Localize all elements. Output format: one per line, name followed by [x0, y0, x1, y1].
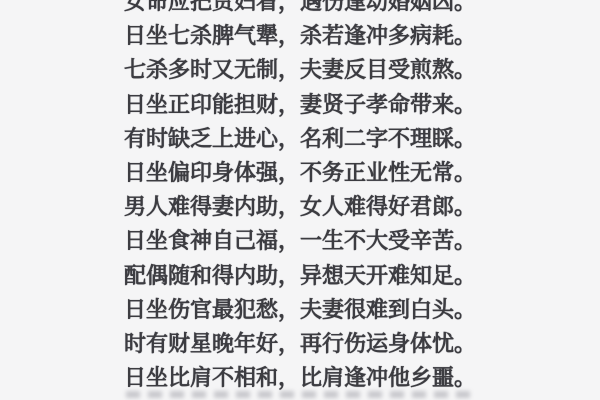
verse-line-4: 日坐正印能担财，妻贤子孝命带来。: [0, 88, 600, 122]
verse-line-5: 有时缺乏上进心，名利二字不理睬。: [0, 122, 600, 156]
text-image-page: 女命应把贵妇看，遇伤逢动婚姻凶。日坐七杀脾气犟，杀若逢冲多病耗。七杀多时又无制，…: [0, 0, 600, 400]
verse-block: 女命应把贵妇看，遇伤逢动婚姻凶。日坐七杀脾气犟，杀若逢冲多病耗。七杀多时又无制，…: [0, 0, 600, 395]
verse-line-10: 日坐伤官最犯愁，夫妻很难到白头。: [0, 293, 600, 327]
verse-line-9: 配偶随和得内助，异想天开难知足。: [0, 259, 600, 293]
verse-line-11: 时有财星晚年好，再行伤运身体忧。: [0, 327, 600, 361]
verse-line-1: 女命应把贵妇看，遇伤逢动婚姻凶。: [0, 0, 600, 19]
verse-line-7: 男人难得妻内助，女人难得好君郎。: [0, 190, 600, 224]
verse-line-8: 日坐食神自己福，一生不大受辛苦。: [0, 224, 600, 258]
verse-line-6: 日坐偏印身体强，不务正业性无常。: [0, 156, 600, 190]
verse-line-2: 日坐七杀脾气犟，杀若逢冲多病耗。: [0, 19, 600, 53]
verse-line-3: 七杀多时又无制，夫妻反目受煎熬。: [0, 53, 600, 87]
truncated-next-line-remnant: [126, 391, 474, 398]
